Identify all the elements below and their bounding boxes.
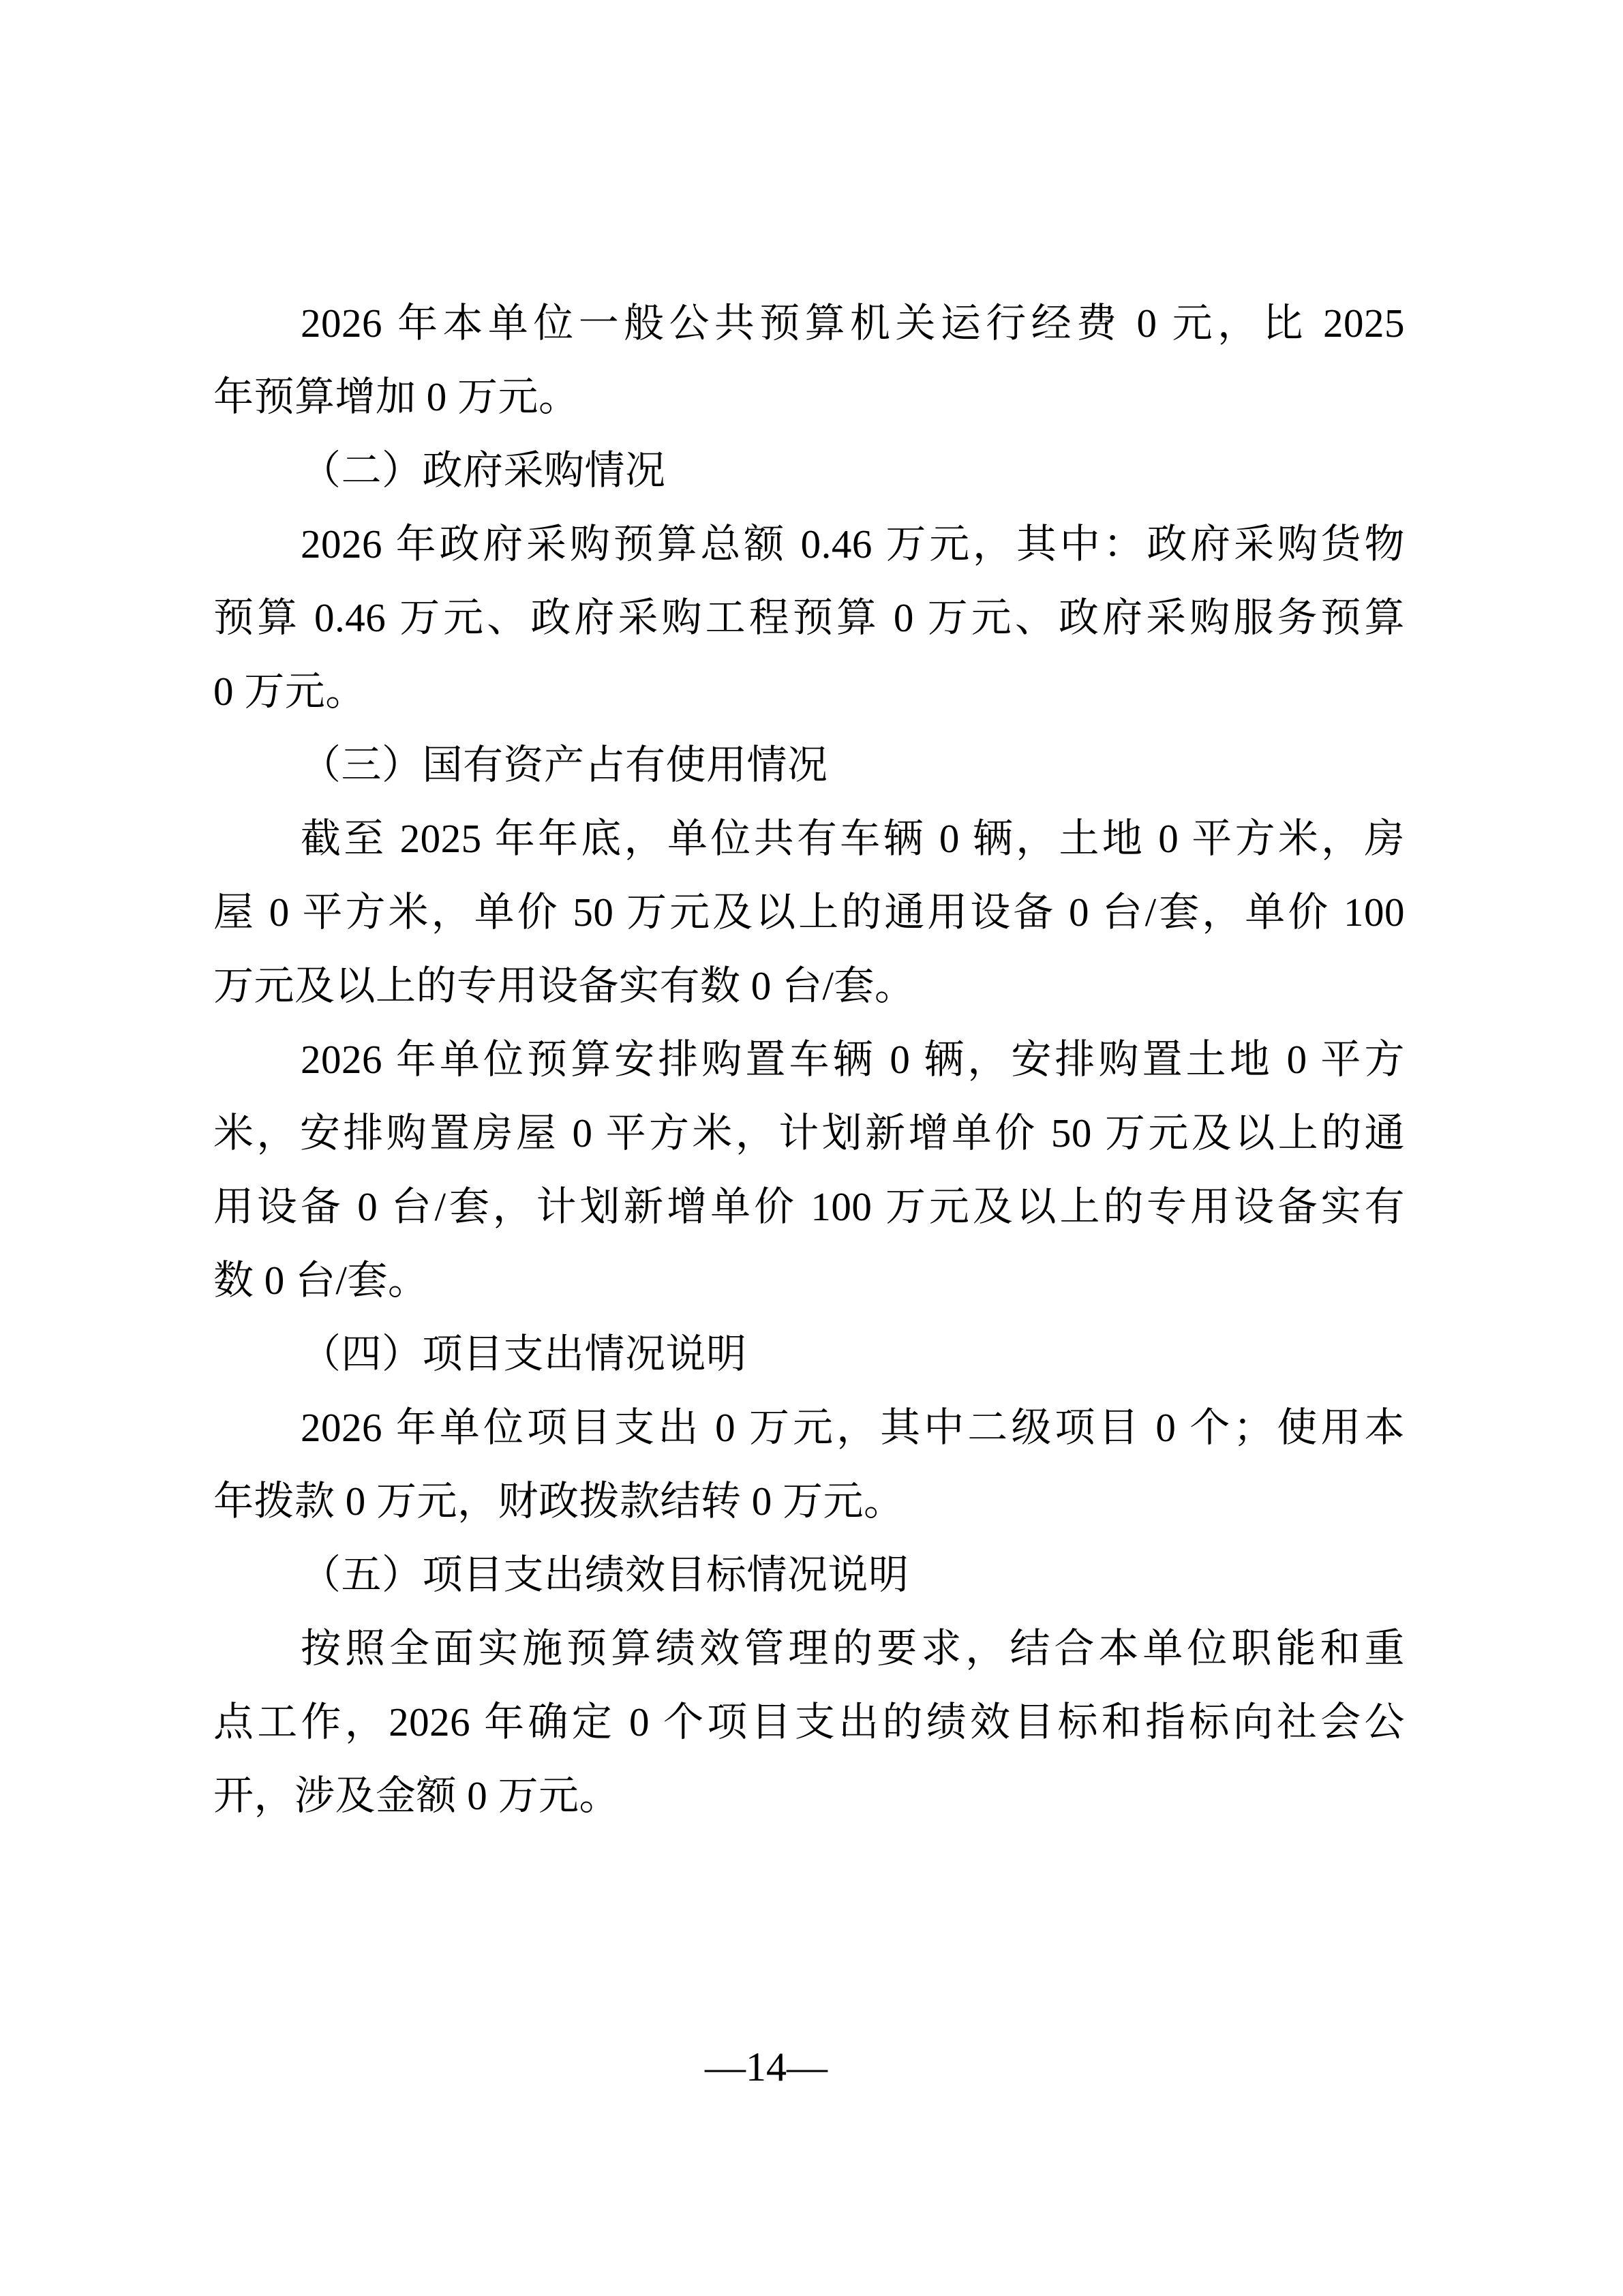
section-heading: （五）项目支出绩效目标情况说明 xyxy=(213,1538,1405,1612)
text-line: 用设备 0 台/套，计划新增单价 100 万元及以上的专用设备实有 xyxy=(213,1170,1405,1243)
paragraph: 2026 年单位项目支出 0 万元，其中二级项目 0 个；使用本年拨款 0 万元… xyxy=(213,1391,1405,1538)
text-line: 点工作，2026 年确定 0 个项目支出的绩效目标和指标向社会公 xyxy=(213,1685,1405,1759)
paragraph: 2026 年本单位一般公共预算机关运行经费 0 元，比 2025年预算增加 0 … xyxy=(213,286,1405,434)
text-line: 年预算增加 0 万元。 xyxy=(213,360,1405,434)
document-page: 2026 年本单位一般公共预算机关运行经费 0 元，比 2025年预算增加 0 … xyxy=(0,0,1623,2296)
section-heading: （三）国有资产占有使用情况 xyxy=(213,728,1405,802)
text-line: 预算 0.46 万元、政府采购工程预算 0 万元、政府采购服务预算 xyxy=(213,581,1405,654)
text-line: 2026 年单位项目支出 0 万元，其中二级项目 0 个；使用本 xyxy=(213,1391,1405,1464)
paragraph: 2026 年单位预算安排购置车辆 0 辆，安排购置土地 0 平方米，安排购置房屋… xyxy=(213,1023,1405,1317)
paragraph: 截至 2025 年年底，单位共有车辆 0 辆，土地 0 平方米，房屋 0 平方米… xyxy=(213,802,1405,1023)
text-line: 屋 0 平方米，单价 50 万元及以上的通用设备 0 台/套，单价 100 xyxy=(213,875,1405,949)
paragraph: 按照全面实施预算绩效管理的要求，结合本单位职能和重点工作，2026 年确定 0 … xyxy=(213,1612,1405,1832)
text-line: 年拨款 0 万元，财政拨款结转 0 万元。 xyxy=(213,1464,1405,1538)
section-heading: （二）政府采购情况 xyxy=(213,434,1405,507)
text-line: （四）项目支出情况说明 xyxy=(213,1317,1405,1391)
text-line: 万元及以上的专用设备实有数 0 台/套。 xyxy=(213,949,1405,1023)
paragraph: 2026 年政府采购预算总额 0.46 万元，其中：政府采购货物预算 0.46 … xyxy=(213,507,1405,728)
text-line: 2026 年政府采购预算总额 0.46 万元，其中：政府采购货物 xyxy=(213,507,1405,581)
document-body: 2026 年本单位一般公共预算机关运行经费 0 元，比 2025年预算增加 0 … xyxy=(213,286,1405,1832)
text-line: 2026 年本单位一般公共预算机关运行经费 0 元，比 2025 xyxy=(213,286,1405,360)
text-line: 截至 2025 年年底，单位共有车辆 0 辆，土地 0 平方米，房 xyxy=(213,802,1405,875)
text-line: 0 万元。 xyxy=(213,654,1405,728)
section-heading: （四）项目支出情况说明 xyxy=(213,1317,1405,1391)
text-line: 按照全面实施预算绩效管理的要求，结合本单位职能和重 xyxy=(213,1612,1405,1685)
text-line: 2026 年单位预算安排购置车辆 0 辆，安排购置土地 0 平方 xyxy=(213,1023,1405,1096)
text-line: 米，安排购置房屋 0 平方米，计划新增单价 50 万元及以上的通 xyxy=(213,1096,1405,1170)
text-line: 数 0 台/套。 xyxy=(213,1243,1405,1317)
text-line: （三）国有资产占有使用情况 xyxy=(213,728,1405,802)
text-line: 开，涉及金额 0 万元。 xyxy=(213,1759,1405,1832)
page-number: —14— xyxy=(705,2045,828,2089)
text-line: （二）政府采购情况 xyxy=(213,434,1405,507)
text-line: （五）项目支出绩效目标情况说明 xyxy=(213,1538,1405,1612)
